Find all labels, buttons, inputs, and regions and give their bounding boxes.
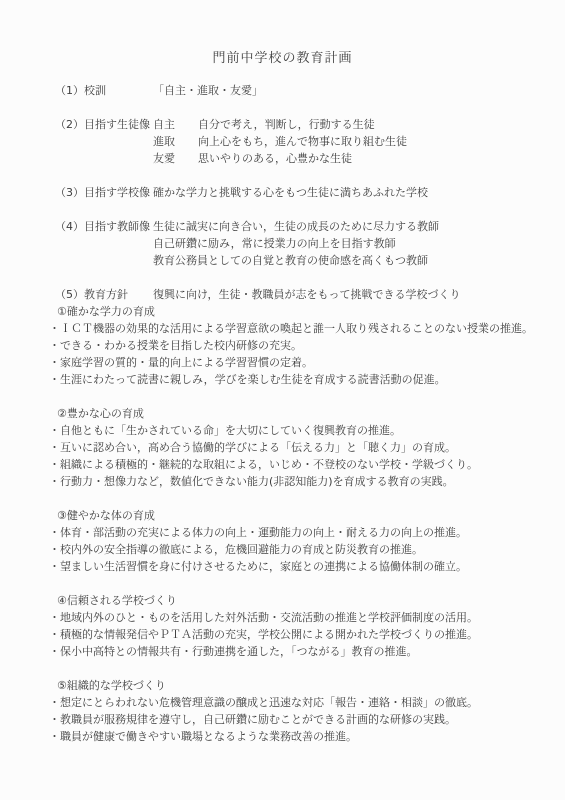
item-text: 確かな学力と挑戦する心をもつ生徒に満ちあふれた学校 [153,184,565,201]
row-key: 友愛 [153,150,198,167]
bullet-line: ・積極的な情報発信やＰＴＡ活動の充実，学校公開による開かれた学校づくりの推進。 [0,626,565,643]
bullet-line: ・地域内外のひと・ものを活用した対外活動・交流活動の推進と学校評価制度の活用。 [0,609,565,626]
item-motto: （1）校訓 「自主・進取・友愛」 [0,82,565,99]
bullet-line: ・ＩＣＴ機器の効果的な活用による学習意欲の喚起と誰一人取り残されることのない授業… [0,320,565,337]
section-heading: ③健やかな体の育成 [0,507,565,524]
item-label: （2）目指す生徒像 [55,116,153,167]
bullet-line: ・保小中高特との情報共有・行動連携を通した，「つながる」教育の推進。 [0,643,565,660]
bullet-line: ・職員が健康で働きやすい職場となるような業務改善の推進。 [0,728,565,745]
section-rich-heart: ②豊かな心の育成 ・自他ともに「生かされている命」を大切にしていく復興教育の推進… [0,405,565,490]
section-healthy-body: ③健やかな体の育成 ・体育・部活動の充実による体力の向上・運動能力の向上・耐える… [0,507,565,575]
student-ideal-row: 自主 自分で考え，判断し，行動する生徒 [153,116,565,133]
student-ideal-row: 進取 向上心をもち，進んで物事に取り組む生徒 [153,133,565,150]
item-teacher-ideal: （4）目指す教師像 生徒に誠実に向き合い，生徒の成長のために尽力する教師 自己研… [0,218,565,269]
item-student-ideal: （2）目指す生徒像 自主 自分で考え，判断し，行動する生徒 進取 向上心をもち，… [0,116,565,167]
item-label: （4）目指す教師像 [55,218,153,269]
bullet-line: ・体育・部活動の充実による体力の向上・運動能力の向上・耐える力の向上の推進。 [0,524,565,541]
section-organized-school: ⑤組織的な学校づくり ・想定にとらわれない危機管理意識の醸成と迅速な対応「報告・… [0,677,565,745]
bullet-line: ・家庭学習の質的・量的向上による学習習慣の定着。 [0,354,565,371]
bullet-line: ・望ましい生活習慣を身に付けさせるために，家庭との連携による協働体制の確立。 [0,558,565,575]
bullet-line: ・互いに認め合い，高め合う協働的学びによる「伝える力」と「聴く力」の育成。 [0,439,565,456]
item-education-policy: （5）教育方針 復興に向け，生徒・教職員が志をもって挑戦できる学校づくり [0,286,565,303]
item-label: （3）目指す学校像 [55,184,153,201]
bullet-line: ・組織による積極的・継続的な取組による，いじめ・不登校のない学校・学級づくり。 [0,456,565,473]
row-key: 進取 [153,133,198,150]
item-school-ideal: （3）目指す学校像 確かな学力と挑戦する心をもつ生徒に満ちあふれた学校 [0,184,565,201]
item-text: 復興に向け，生徒・教職員が志をもって挑戦できる学校づくり [153,286,565,303]
document-page: 門前中学校の教育計画 （1）校訓 「自主・進取・友愛」 （2）目指す生徒像 自主… [0,0,565,800]
line: 教育公務員としての自覚と教育の使命感を高くもつ教師 [153,252,565,269]
item-label: （5）教育方針 [55,286,153,303]
section-heading: ④信頼される学校づくり [0,592,565,609]
line: 自己研鑽に励み，常に授業力の向上を目指す教師 [153,235,565,252]
student-ideal-rows: 自主 自分で考え，判断し，行動する生徒 進取 向上心をもち，進んで物事に取り組む… [153,116,565,167]
bullet-line: ・生涯にわたって読書に親しみ，学びを楽しむ生徒を育成する読書活動の促進。 [0,371,565,388]
section-heading: ①確かな学力の育成 [0,303,565,320]
line: 生徒に誠実に向き合い，生徒の成長のために尽力する教師 [153,218,565,235]
section-heading: ⑤組織的な学校づくり [0,677,565,694]
bullet-line: ・想定にとらわれない危機管理意識の醸成と迅速な対応「報告・連絡・相談」の徹底。 [0,694,565,711]
row-text: 向上心をもち，進んで物事に取り組む生徒 [198,133,407,150]
row-key: 自主 [153,116,198,133]
bullet-line: ・自他ともに「生かされている命」を大切にしていく復興教育の推進。 [0,422,565,439]
policy-sections: ①確かな学力の育成 ・ＩＣＴ機器の効果的な活用による学習意欲の喚起と誰一人取り残… [0,303,565,745]
bullet-line: ・校内外の安全指導の徹底による，危機回避能力の育成と防災教育の推進。 [0,541,565,558]
item-text: 「自主・進取・友愛」 [153,82,565,99]
row-text: 思いやりのある，心豊かな生徒 [198,150,352,167]
row-text: 自分で考え，判断し，行動する生徒 [198,116,375,133]
section-heading: ②豊かな心の育成 [0,405,565,422]
document-title: 門前中学校の教育計画 [0,0,565,68]
teacher-ideal-lines: 生徒に誠実に向き合い，生徒の成長のために尽力する教師 自己研鑽に励み，常に授業力… [153,218,565,269]
bullet-line: ・できる・わかる授業を目指した校内研修の充実。 [0,337,565,354]
item-label: （1）校訓 [55,82,153,99]
student-ideal-row: 友愛 思いやりのある，心豊かな生徒 [153,150,565,167]
section-academic-ability: ①確かな学力の育成 ・ＩＣＴ機器の効果的な活用による学習意欲の喚起と誰一人取り残… [0,303,565,388]
bullet-line: ・行動力・想像力など，数値化できない能力(非認知能力)を育成する教育の実践。 [0,473,565,490]
bullet-line: ・教職員が服務規律を遵守し，自己研鑽に励むことができる計画的な研修の実践。 [0,711,565,728]
section-trusted-school: ④信頼される学校づくり ・地域内外のひと・ものを活用した対外活動・交流活動の推進… [0,592,565,660]
